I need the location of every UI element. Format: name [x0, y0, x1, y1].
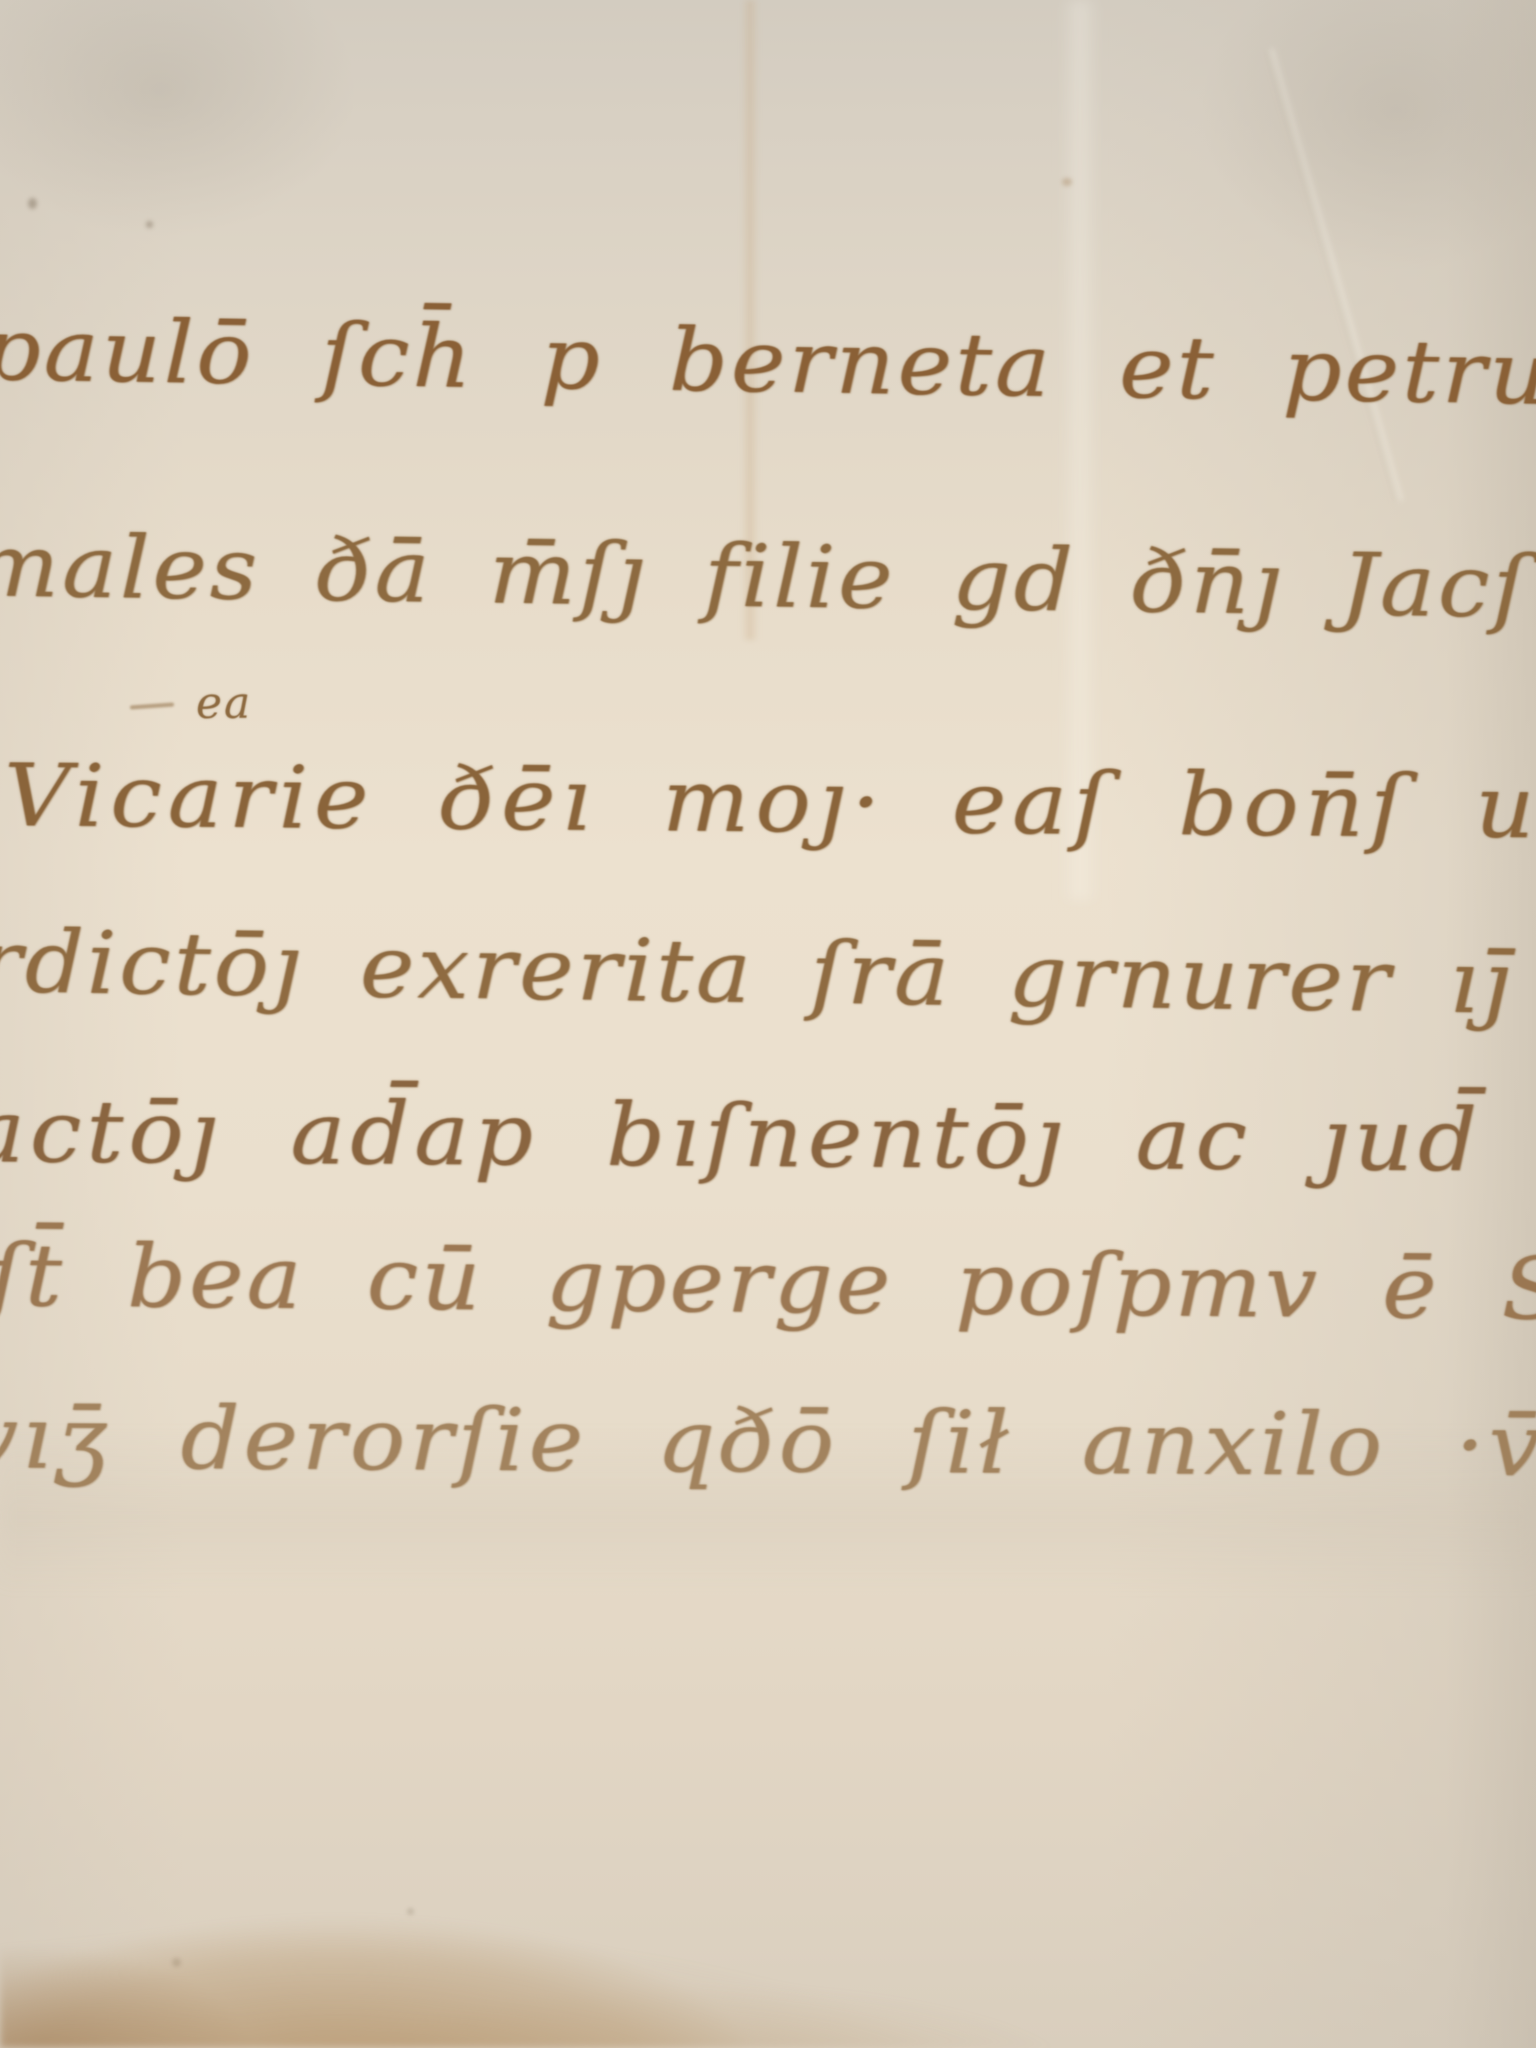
- manuscript-text-line: Vicarie ðēı moȷ· eaſ bon̄ſ utł: [4, 745, 1536, 858]
- paper-speck: [146, 221, 153, 228]
- manuscript-text-line: rdictōȷ exrerita ſrā grnurer ıȷ̄: [0, 911, 1514, 1033]
- manuscript-text-line: paulō ſch̄ p berneta et petrus S: [0, 299, 1536, 427]
- corner-shadow: [0, 0, 440, 300]
- manuscript-text-line: actōȷ ad̄ap bıſnentōȷ ac ȷud̄: [0, 1081, 1482, 1191]
- paper-crease-diagonal: [1265, 48, 1404, 503]
- corner-shadow: [1116, 0, 1536, 340]
- manuscript-text-line: vıʒ̄ derorſie qðō ſił anxilo ·v̄: [0, 1387, 1536, 1496]
- paper-speck: [1062, 178, 1072, 186]
- interlinear-insertion: ea: [196, 678, 252, 729]
- manuscript-photo: paulō ſch̄ p berneta et petrus S males ð…: [0, 0, 1536, 2048]
- manuscript-text-line: ſt̄ bea cū gperge poſpmv ē Sd̄: [0, 1225, 1536, 1340]
- manuscript-text-line: males ðā m̄ſȷ filie gd ðn̄ȷ Jacſ: [0, 515, 1530, 637]
- paper-speck: [172, 1958, 181, 1967]
- bottom-stain-shadow: [0, 1728, 1536, 2048]
- paper-speck: [28, 198, 37, 209]
- paper-speck: [407, 1908, 414, 1915]
